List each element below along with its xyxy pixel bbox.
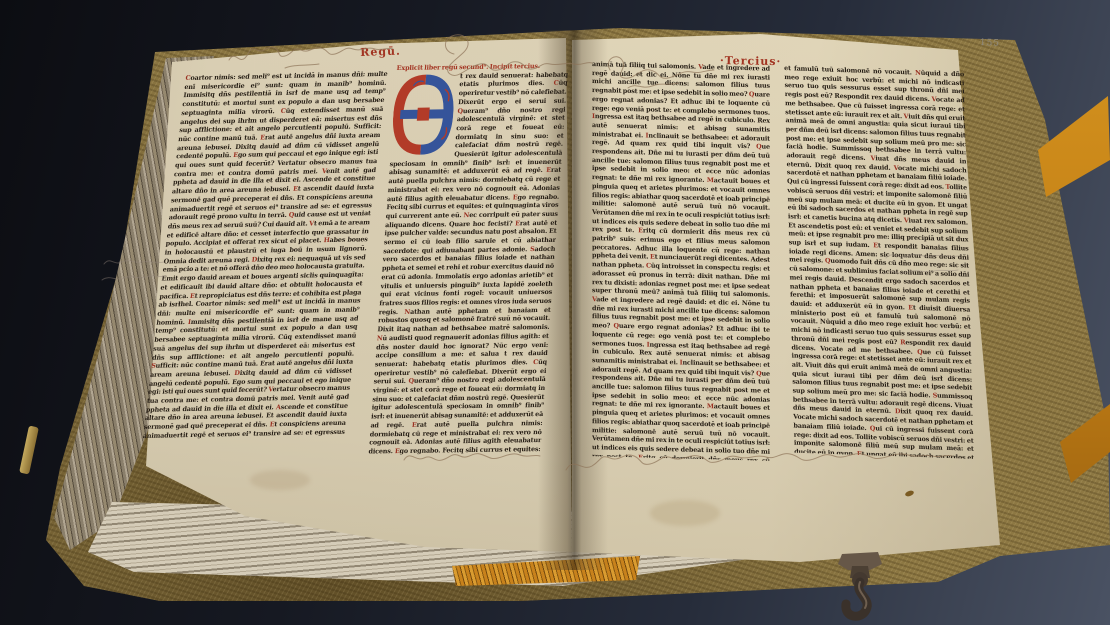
note-left-margin (98, 250, 173, 294)
brass-clasp-pin (19, 425, 39, 474)
note-bottom-right-page (558, 446, 953, 488)
illuminated-initial-E (390, 73, 456, 156)
right-page-column-1: animā tuā filiiq tui salomonis. Vade et … (592, 60, 770, 461)
folio-number-pencil: 155 (980, 38, 1001, 49)
inscription-top-right-page (600, 46, 715, 98)
paper-stain (250, 470, 310, 490)
inscription-top-left (225, 38, 400, 72)
note-bottom-left-page (398, 444, 543, 474)
inscription-top-center (424, 20, 594, 78)
photograph-open-gutenberg-bible: Regū. ·Tercius· 155 Coartor nimis: sed m… (0, 0, 1110, 625)
note-right-margin (880, 246, 970, 286)
metal-clasp-hook (828, 552, 892, 624)
paper-stain (650, 500, 720, 526)
left-page-column-2: Explicit liber regū secund⁹. Incipit ter… (368, 62, 569, 457)
